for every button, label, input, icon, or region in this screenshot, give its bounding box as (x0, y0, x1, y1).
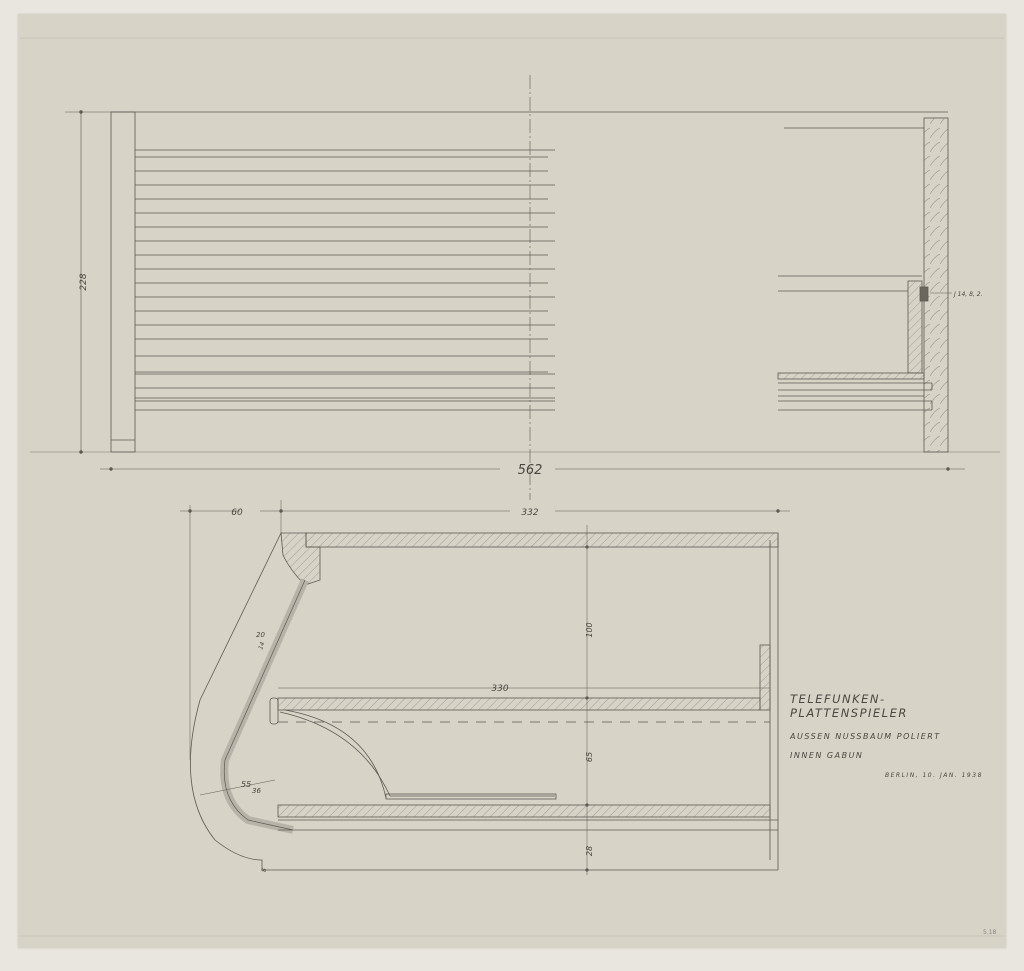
place-date: BERLIN, 10. JAN. 1938 (885, 772, 983, 779)
plan-view (180, 500, 790, 875)
plan-depth-mid-dim: 65 (585, 752, 594, 762)
elevation-height-dim: 228 (79, 273, 89, 290)
material-outer: AUSSEN NUSSBAUM POLIERT (790, 732, 1000, 741)
drawing-title: TELEFUNKEN-PLATTENSPIELER (790, 692, 1000, 720)
technical-drawing: 228 562 J 14, 8, 2. 60 332 330 100 65 28… (0, 0, 1024, 971)
panel-inset-dim: 14 (257, 641, 266, 651)
sheet-number: 5.18 (983, 929, 996, 936)
panel-thickness-dim: 20 (256, 631, 265, 639)
plan-depth-upper-dim: 100 (585, 622, 594, 637)
radius-outer-dim: 55 (241, 780, 251, 789)
title-block: TELEFUNKEN-PLATTENSPIELER AUSSEN NUSSBAU… (790, 692, 1000, 760)
base-step-dim: 8 (261, 868, 268, 872)
elevation-width-dim: 562 (518, 463, 543, 478)
plan-offset-dim: 60 (231, 508, 243, 518)
plan-depth-lower-dim: 28 (585, 846, 594, 856)
plan-inner-width-dim: 330 (491, 684, 508, 694)
radius-inner-dim: 36 (252, 787, 261, 795)
plan-width-dim: 332 (521, 508, 538, 518)
hardware-note: J 14, 8, 2. (953, 291, 983, 298)
material-inner: INNEN GABUN (790, 751, 1000, 760)
elevation-view (30, 75, 1000, 500)
